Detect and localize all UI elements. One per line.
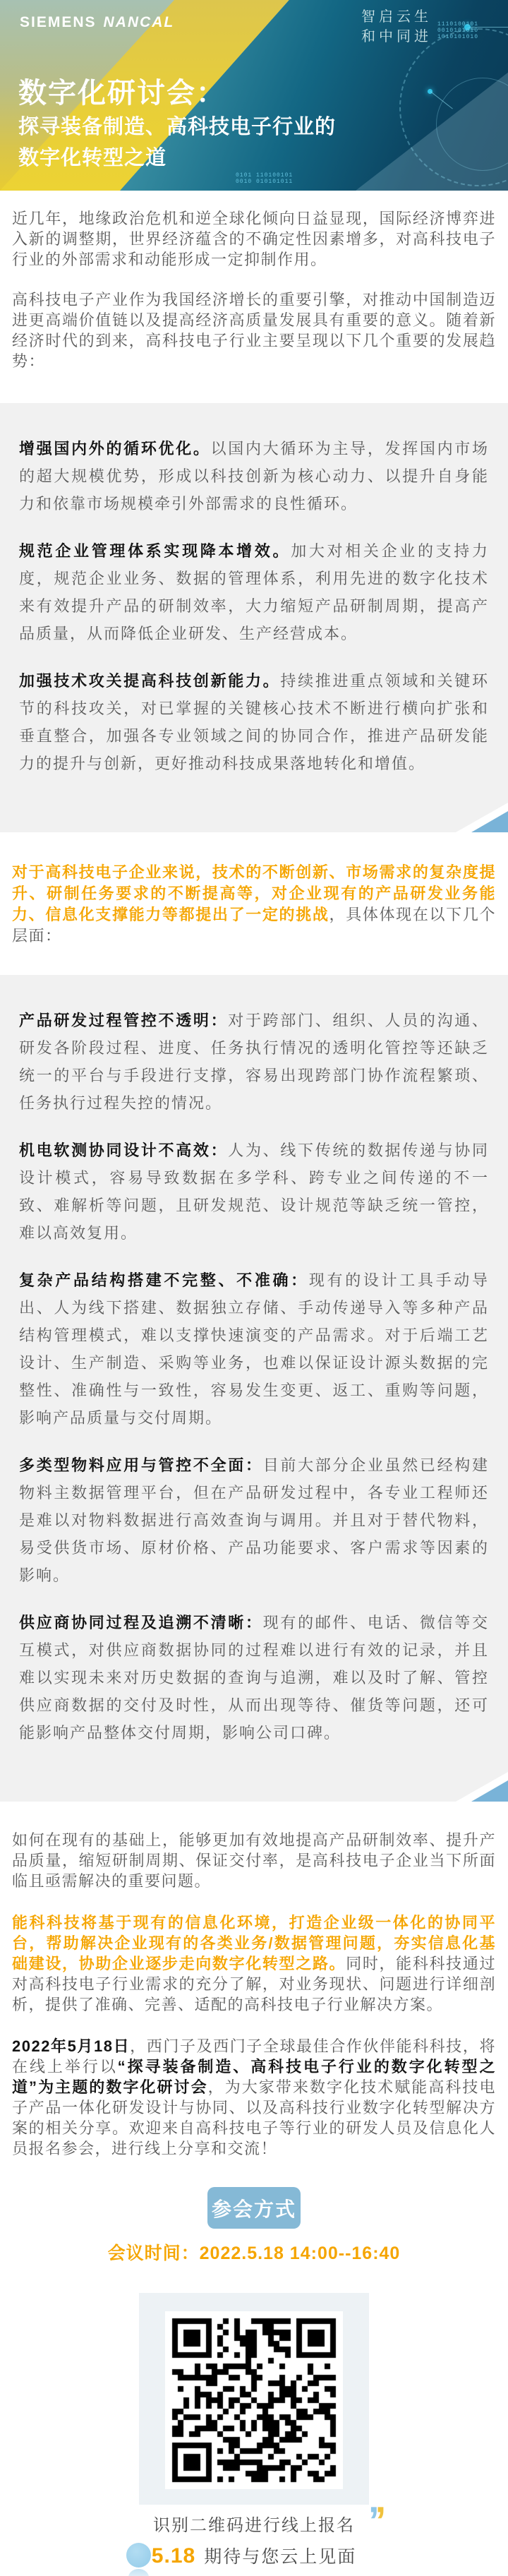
- slogan-line-1: 智启云生: [361, 7, 432, 27]
- challenge-lead: 供应商协同过程及追溯不清晰：: [19, 1614, 263, 1631]
- trend-item: 增强国内外的循环优化。以国内大循环为主导，发挥国内市场的超大规模优势，形成以科技…: [19, 435, 489, 517]
- challenge-body: 现有的设计工具手动导出、人为线下搭建、数据独立存储、手动传递导入等多种产品结构管…: [19, 1271, 489, 1427]
- quote-marks-icon: ’’: [368, 2501, 386, 2541]
- challenge-lead: 多类型物料应用与管控不全面：: [19, 1456, 263, 1474]
- binary-decor: 0101 110100101 0010 010101011: [236, 172, 293, 185]
- challenge-item: 产品研发过程管控不透明：对于跨部门、组织、人员的沟通、研发各阶段过程、进度、任务…: [19, 1007, 489, 1117]
- challenge-lead: 复杂产品结构搭建不完整、不准确：: [19, 1271, 309, 1289]
- meeting-time: 会议时间：2022.5.18 14:00--16:40: [12, 2239, 496, 2265]
- event-paragraph: 2022年5月18日，西门子及西门子全球最佳合作伙伴能科科技，将在线上举行以“探…: [12, 2036, 496, 2159]
- subtitle-line-2: 数字化转型之道: [18, 143, 336, 174]
- date-rest-text: 期待与您云上见面: [204, 2547, 356, 2567]
- brand-logo: SIEMENSNANCAL: [20, 14, 174, 31]
- intro-paragraph-2: 高科技电子产业作为我国经济增长的重要引擎，对推动中国制造迈进更高端价值链以及提高…: [12, 289, 496, 371]
- challenge-lead: 机电软测协同设计不高效：: [19, 1142, 228, 1159]
- qr-code[interactable]: [165, 2311, 343, 2489]
- slogan-line-2: 和中同进: [361, 27, 432, 47]
- qr-panel: [139, 2293, 369, 2505]
- banner: SIEMENSNANCAL 智启云生 和中同进 1110100101 00101…: [0, 0, 508, 191]
- page-subtitle: 探寻装备制造、高科技电子行业的 数字化转型之道: [18, 112, 336, 174]
- trend-item: 规范企业管理体系实现降本增效。加大对相关企业的支持力度，规范企业业务、数据的管理…: [19, 537, 489, 647]
- banner-slogan: 智启云生 和中同进: [361, 7, 432, 47]
- article-page: SIEMENSNANCAL 智启云生 和中同进 1110100101 00101…: [0, 0, 508, 2576]
- challenges-section: 产品研发过程管控不透明：对于跨部门、组织、人员的沟通、研发各阶段过程、进度、任务…: [0, 975, 508, 1802]
- see-you-row: 5.18期待与您云上见面: [12, 2543, 496, 2568]
- qr-caption-row: 识别二维码进行线上报名 ’’: [12, 2511, 496, 2536]
- challenge-item: 机电软测协同设计不高效：人为、线下传统的数据传递与协同设计模式，容易导致数据在多…: [19, 1137, 489, 1247]
- join-method-button[interactable]: 参会方式: [207, 2187, 301, 2229]
- date-highlight: 5.18: [152, 2544, 195, 2568]
- challenge-item: 复杂产品结构搭建不完整、不准确：现有的设计工具手动导出、人为线下搭建、数据独立存…: [19, 1266, 489, 1432]
- trend-lead: 规范企业管理体系实现降本增效。: [19, 542, 291, 560]
- binary-decor: 1110100101 0010101010 1010101010: [437, 21, 478, 40]
- brand-nancal: NANCAL: [104, 14, 175, 30]
- challenge-item: 多类型物料应用与管控不全面：目前大部分企业虽然已经构建物料主数据管理平台，但在产…: [19, 1451, 489, 1589]
- intro-section: 近几年，地缘政治危机和逆全球化倾向日益显现，国际经济博弈进入新的调整期，世界经济…: [0, 191, 508, 403]
- brand-siemens: SIEMENS: [20, 14, 97, 30]
- trend-lead: 加强技术攻关提高科技创新能力。: [19, 672, 280, 690]
- challenge-item: 供应商协同过程及追溯不清晰：现有的邮件、电话、微信等交互模式，对供应商数据协同的…: [19, 1609, 489, 1747]
- qr-caption: 识别二维码进行线上报名: [153, 2516, 355, 2535]
- challenge-body: 目前大部分企业虽然已经构建物料主数据管理平台，但在产品研发过程中，各专业工程师还…: [19, 1456, 489, 1584]
- challenge-intro-section: 对于高科技电子企业来说，技术的不断创新、市场需求的复杂度提升、研制任务要求的不断…: [0, 832, 508, 975]
- subtitle-line-1: 探寻装备制造、高科技电子行业的: [18, 112, 336, 143]
- intro-paragraph-1: 近几年，地缘政治危机和逆全球化倾向日益显现，国际经济博弈进入新的调整期，世界经济…: [12, 208, 496, 270]
- closing-paragraph-2: 能科科技将基于现有的信息化环境，打造企业级一体化的协同平台，帮助解决企业现有的各…: [12, 1912, 496, 2015]
- challenge-intro-paragraph: 对于高科技电子企业来说，技术的不断创新、市场需求的复杂度提升、研制任务要求的不断…: [12, 862, 496, 947]
- trend-lead: 增强国内外的循环优化。: [19, 440, 211, 457]
- challenge-body: 现有的邮件、电话、微信等交互模式，对供应商数据协同的过程难以进行有效的记录，并且…: [19, 1614, 489, 1742]
- blue-dot-icon: [126, 2543, 151, 2568]
- page-title: 数字化研讨会：: [18, 71, 226, 111]
- event-date: 2022年5月18日: [12, 2037, 130, 2055]
- closing-section: 如何在现有的基础上，能够更加有效地提高产品研制效率、提升产品质量，缩短研制周期、…: [0, 1802, 508, 2568]
- trends-section: 增强国内外的循环优化。以国内大循环为主导，发挥国内市场的超大规模优势，形成以科技…: [0, 403, 508, 832]
- challenge-lead: 产品研发过程管控不透明：: [19, 1012, 228, 1029]
- closing-paragraph-1: 如何在现有的基础上，能够更加有效地提高产品研制效率、提升产品质量，缩短研制周期、…: [12, 1830, 496, 1891]
- trend-item: 加强技术攻关提高科技创新能力。持续推进重点领域和关键环节的科技攻关，对已掌握的关…: [19, 667, 489, 777]
